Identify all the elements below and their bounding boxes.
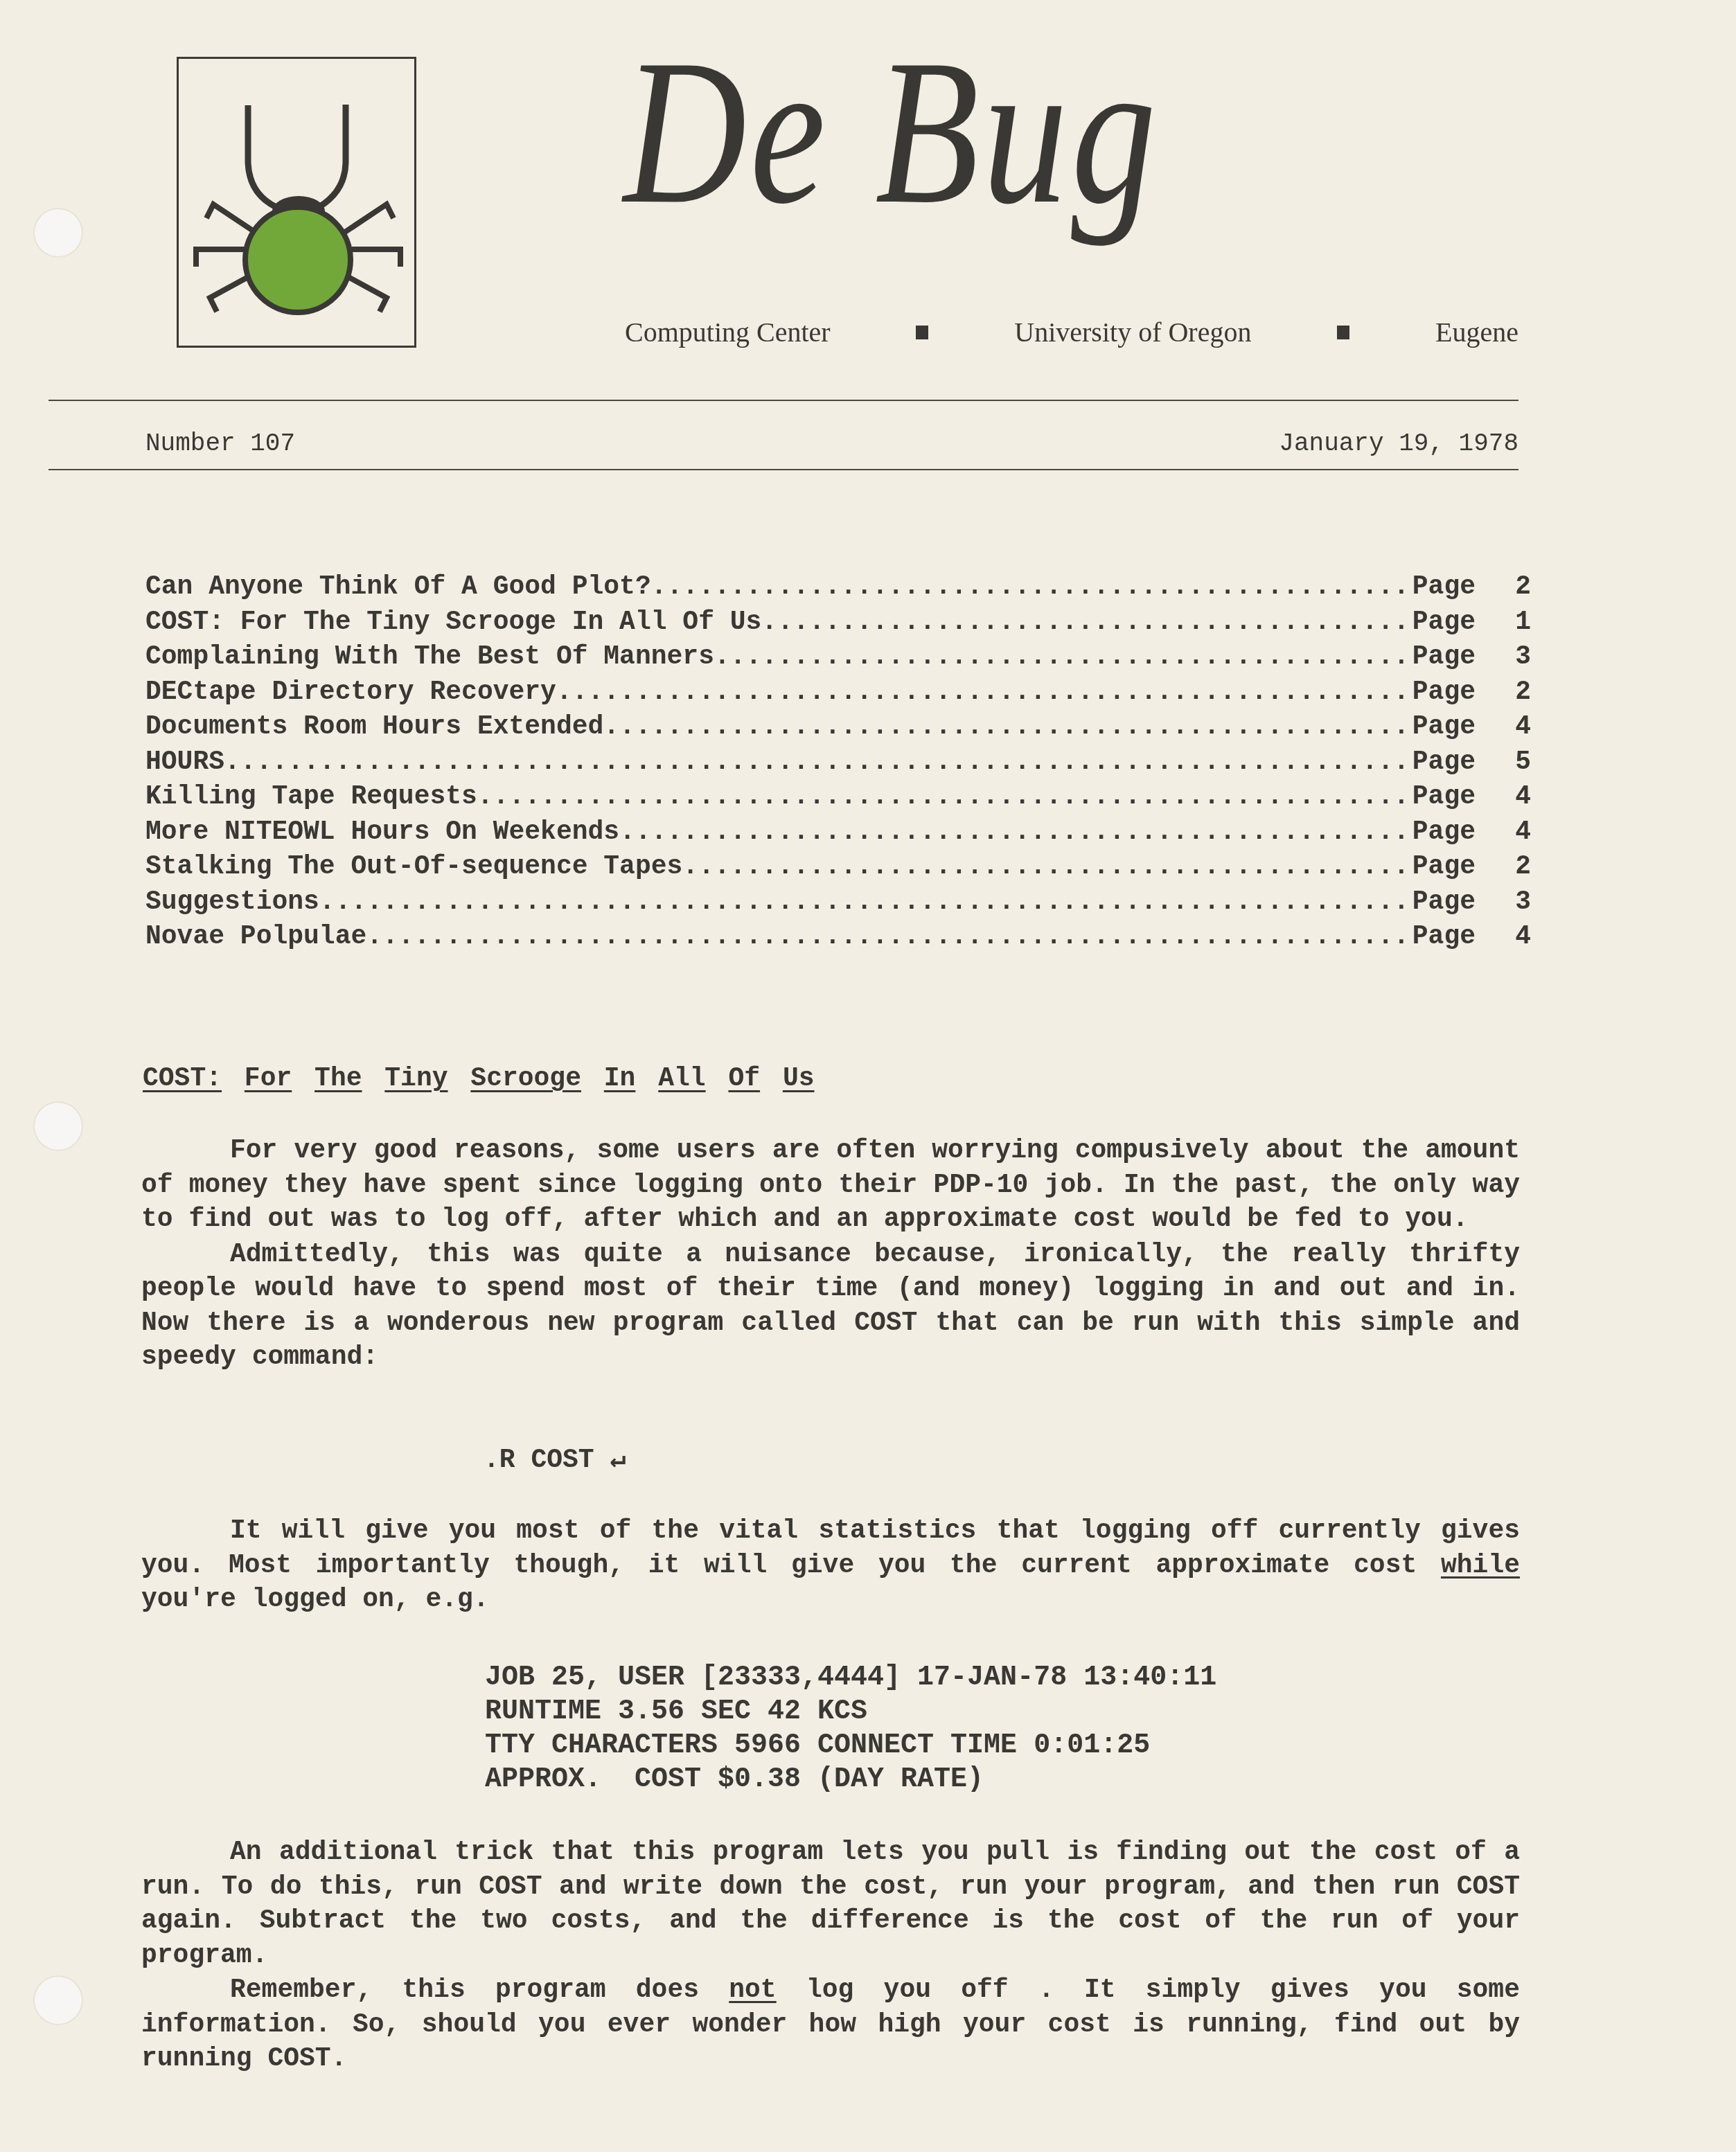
toc-leader-dots: ........................................… [682, 852, 1412, 882]
toc-page-number: 2 [1476, 852, 1531, 882]
toc-page-number: 3 [1476, 887, 1531, 917]
logo [177, 57, 416, 348]
toc-page-number: 4 [1476, 712, 1531, 742]
toc-page-number: 2 [1476, 677, 1531, 707]
punch-hole [33, 208, 83, 258]
subtitle-city: Eugene [1435, 316, 1518, 348]
toc-entry: COST: For The Tiny Scrooge In All Of Us.… [145, 607, 1531, 643]
toc-entry-title: Complaining With The Best Of Manners [145, 642, 714, 672]
toc-page-label: Page [1412, 782, 1476, 812]
toc-page-label: Page [1412, 607, 1476, 637]
toc-page-label: Page [1412, 677, 1476, 707]
toc-page-number: 4 [1476, 817, 1531, 847]
heading-word: Scrooge [470, 1064, 581, 1094]
bug-icon [179, 59, 414, 346]
toc-leader-dots: ........................................… [366, 922, 1412, 952]
toc-page-number: 4 [1476, 782, 1531, 812]
separator-square-icon [916, 326, 928, 339]
toc-entry: Can Anyone Think Of A Good Plot?........… [145, 572, 1531, 607]
toc-entry-title: Can Anyone Think Of A Good Plot? [145, 572, 651, 602]
toc-entry-title: Novae Polpulae [145, 922, 366, 952]
output-line: APPROX. COST $0.38 (DAY RATE) [485, 1763, 1216, 1797]
subtitle-university: University of Oregon [1014, 316, 1251, 348]
toc-entry-title: HOURS [145, 747, 224, 777]
heading-word: COST: [143, 1064, 222, 1094]
separator-square-icon [1337, 326, 1349, 339]
article-body-part1: For very good reasons, some users are of… [141, 1134, 1520, 1375]
heading-word: All [658, 1064, 705, 1094]
toc-page-label: Page [1412, 852, 1476, 882]
toc-entry: Documents Room Hours Extended...........… [145, 712, 1531, 747]
punch-hole [33, 1975, 83, 2025]
toc-page-label: Page [1412, 887, 1476, 917]
toc-leader-dots: ........................................… [556, 677, 1412, 707]
toc-entry-title: COST: For The Tiny Scrooge In All Of Us [145, 607, 761, 637]
table-of-contents: Can Anyone Think Of A Good Plot?........… [145, 572, 1531, 957]
newsletter-title: De Bug [623, 28, 1160, 235]
toc-leader-dots: ........................................… [603, 712, 1412, 742]
toc-page-number: 2 [1476, 572, 1531, 602]
heading-word: Us [783, 1064, 815, 1094]
paragraph: Admittedly, this was quite a nuisance be… [141, 1238, 1520, 1375]
issue-date: January 19, 1978 [1279, 429, 1518, 458]
toc-entry: Stalking The Out-Of-sequence Tapes......… [145, 852, 1531, 887]
toc-leader-dots: ........................................… [224, 747, 1412, 777]
toc-entry: Suggestions.............................… [145, 887, 1531, 923]
toc-entry-title: Stalking The Out-Of-sequence Tapes [145, 852, 682, 882]
heading-word: In [604, 1064, 636, 1094]
masthead-subtitle: Computing Center University of Oregon Eu… [625, 316, 1518, 348]
toc-leader-dots: ........................................… [319, 887, 1412, 917]
divider-rule [48, 469, 1518, 470]
toc-page-label: Page [1412, 572, 1476, 602]
paragraph: Remember, this program does not log you … [141, 1973, 1520, 2077]
article-heading: COST: For The Tiny Scrooge In All Of Us [143, 1064, 814, 1094]
toc-page-number: 5 [1476, 747, 1531, 777]
issue-info: Number 107 January 19, 1978 [145, 429, 1518, 458]
toc-entry: More NITEOWL Hours On Weekends..........… [145, 817, 1531, 853]
toc-leader-dots: ........................................… [714, 642, 1412, 672]
toc-page-number: 4 [1476, 922, 1531, 952]
toc-entry: DECtape Directory Recovery..............… [145, 677, 1531, 713]
article-body-part2: It will give you most of the vital stati… [141, 1514, 1520, 1617]
emphasis-while: while [1441, 1551, 1520, 1581]
heading-word: For [245, 1064, 292, 1094]
toc-entry-title: Suggestions [145, 887, 319, 917]
paragraph: An additional trick that this program le… [141, 1835, 1520, 1973]
toc-page-number: 1 [1476, 607, 1531, 637]
toc-page-label: Page [1412, 747, 1476, 777]
command-example: .R COST ↵ [484, 1443, 626, 1475]
toc-entry: Killing Tape Requests...................… [145, 782, 1531, 817]
toc-entry-title: More NITEOWL Hours On Weekends [145, 817, 619, 847]
toc-page-label: Page [1412, 712, 1476, 742]
divider-rule [48, 400, 1518, 401]
toc-page-number: 3 [1476, 642, 1531, 672]
toc-leader-dots: ........................................… [651, 572, 1412, 602]
emphasis-not: not [729, 1975, 776, 2005]
toc-page-label: Page [1412, 642, 1476, 672]
heading-word: The [315, 1064, 362, 1094]
paragraph: For very good reasons, some users are of… [141, 1134, 1520, 1237]
toc-entry: Complaining With The Best Of Manners....… [145, 642, 1531, 677]
heading-word: Of [728, 1064, 760, 1094]
toc-entry-title: Documents Room Hours Extended [145, 712, 603, 742]
subtitle-org: Computing Center [625, 316, 831, 348]
toc-entry: HOURS...................................… [145, 747, 1531, 783]
toc-page-label: Page [1412, 817, 1476, 847]
toc-leader-dots: ........................................… [477, 782, 1412, 812]
output-line: RUNTIME 3.56 SEC 42 KCS [485, 1695, 1216, 1729]
heading-word: Tiny [384, 1064, 448, 1094]
toc-entry-title: DECtape Directory Recovery [145, 677, 556, 707]
output-line: JOB 25, USER [23333,4444] 17-JAN-78 13:4… [485, 1661, 1216, 1695]
issue-number: Number 107 [145, 429, 295, 458]
paragraph: It will give you most of the vital stati… [141, 1514, 1520, 1617]
toc-leader-dots: ........................................… [761, 607, 1412, 637]
toc-entry-title: Killing Tape Requests [145, 782, 477, 812]
toc-leader-dots: ........................................… [619, 817, 1412, 847]
toc-page-label: Page [1412, 922, 1476, 952]
punch-hole [33, 1101, 83, 1151]
toc-entry: Novae Polpulae..........................… [145, 922, 1531, 957]
article-body-part3: An additional trick that this program le… [141, 1835, 1520, 2077]
cost-output-example: JOB 25, USER [23333,4444] 17-JAN-78 13:4… [485, 1661, 1216, 1797]
output-line: TTY CHARACTERS 5966 CONNECT TIME 0:01:25 [485, 1729, 1216, 1763]
